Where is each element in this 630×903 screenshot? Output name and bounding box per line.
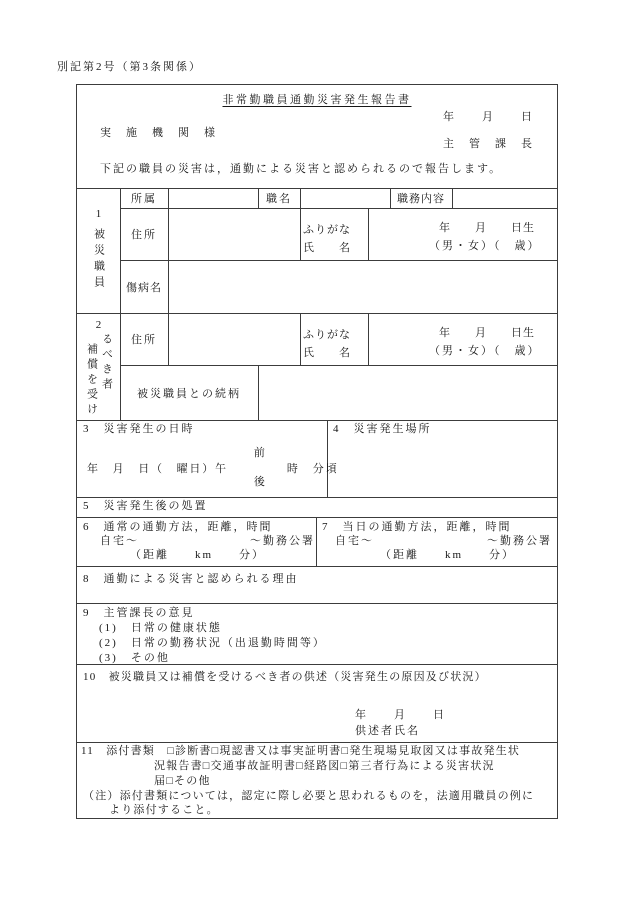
section9-item-3: (3) その他 [99, 652, 170, 665]
grid-line-v [168, 188, 169, 365]
section7-title: 7 当日の通勤方法，距離，時間 [322, 521, 512, 534]
section5-title: 5 災害発生後の処置 [83, 500, 208, 513]
grid-line-h [120, 260, 557, 261]
time-blanks: 時 分頃 [287, 460, 339, 476]
section10-title: 10 被災職員又は補償を受けるべき者の供述（災害発生の原因及び状況） [83, 671, 487, 684]
form-title: 非常勤職員通勤災害発生報告書 [77, 91, 557, 107]
grid-line-h [120, 208, 557, 209]
section10-date-line: 年 月 日 [355, 709, 446, 722]
victim-address-label: 住所 [120, 208, 168, 260]
victim-sex-age-line: （男・女）（ 歳） [429, 240, 541, 253]
relation-label: 被災職員との続柄 [120, 365, 258, 420]
grid-line-v [368, 313, 369, 365]
date-blanks: 年 月 日（ 曜日）午 [87, 460, 228, 476]
section11-note2: より添付すること。 [109, 804, 219, 817]
section7-from: 自宅～ [335, 535, 374, 548]
section9-item-1: (1) 日常の健康状態 [99, 622, 222, 635]
section11-note1: （注）添付書類については，認定に際し必要と思われるものを，法適用職員の例に [83, 790, 534, 803]
section7-to: ～勤務公署 [487, 535, 552, 548]
grid-line-v [368, 208, 369, 260]
victim-birthdate-line: 年 月 日生 [439, 222, 535, 235]
grid-line-h [77, 497, 557, 498]
grid-line-h [77, 420, 557, 421]
grid-line-v [452, 188, 453, 208]
name-label: 氏 名 [303, 344, 351, 362]
beneficiary-address-label: 住所 [120, 313, 168, 365]
section6-to: ～勤務公署 [250, 535, 315, 548]
beneficiary-group-number: 2 [96, 319, 102, 331]
report-date-line: 年 月 日 [443, 111, 534, 124]
pm-label: 後 [254, 477, 265, 488]
beneficiary-birthdate-line: 年 月 日生 [439, 327, 535, 340]
section6-from: 自宅～ [100, 535, 139, 548]
section11-line3: 届□その他 [154, 775, 211, 788]
grid-line-v [316, 517, 317, 566]
furigana-label: ふりがな [303, 326, 351, 344]
section6-distance: （距離 km 分） [130, 549, 265, 562]
section7-distance: （距離 km 分） [380, 549, 515, 562]
am-label: 前 [254, 448, 265, 459]
job-title-label: 職名 [258, 188, 300, 208]
report-form-page: 別記第2号（第3条関係） 非常勤職員通勤災害発生報告書 年 月 日 実 施 機 … [0, 0, 630, 903]
grid-line-v [300, 188, 301, 260]
beneficiary-group-text-col1: 補償を受け [84, 343, 99, 418]
section9-title: 9 主管課長の意見 [83, 607, 195, 620]
declarant-name-label: 供述者氏名 [355, 725, 420, 738]
beneficiary-group-text-col2: るべき者 [99, 333, 114, 418]
section3-title: 3 災害発生の日時 [83, 423, 195, 436]
section6-title: 6 通常の通勤方法，距離，時間 [83, 521, 273, 534]
victim-group-text: 被災職員 [91, 228, 107, 292]
section11-line1: 11 添付書類 □診断書□現認書又は事実証明書□発生現場見取図又は事故発生状 [81, 745, 520, 758]
form-border: 非常勤職員通勤災害発生報告書 年 月 日 実 施 機 関 様 主 管 課 長 下… [76, 84, 558, 819]
victim-group-label: 1 被災職員 [77, 188, 120, 313]
furigana-label: ふりがな [303, 221, 351, 239]
doc-label: 別記第2号（第3条関係） [57, 61, 202, 74]
section8-title: 8 通勤による災害と認められる理由 [83, 573, 299, 586]
grid-line-h [77, 517, 557, 518]
victim-furigana-name-labels: ふりがな 氏 名 [303, 221, 351, 257]
affiliation-label: 所属 [120, 188, 168, 208]
section9-item-2: (2) 日常の勤務状況（出退勤時間等） [99, 637, 326, 650]
section11-line2: 況報告書□交通事故証明書□経路図□第三者行為による災害状況 [154, 760, 495, 773]
grid-line-v [258, 365, 259, 420]
grid-line-h [77, 603, 557, 604]
grid-line-v [300, 313, 301, 365]
beneficiary-furigana-name-labels: ふりがな 氏 名 [303, 326, 351, 362]
duties-label: 職務内容 [390, 188, 452, 208]
section3-date-line: 年 月 日（ 曜日）午 前 後 時 分頃 [87, 447, 339, 489]
name-label: 氏 名 [303, 239, 351, 257]
grid-line-h [77, 742, 557, 743]
section4-title: 4 災害発生場所 [333, 423, 432, 436]
addressee: 実 施 機 関 様 [100, 127, 217, 140]
beneficiary-group-label: 2 補償を受け るべき者 [77, 313, 120, 420]
grid-line-h [77, 566, 557, 567]
injury-label: 傷病名 [120, 260, 168, 313]
signer-title: 主 管 課 長 [443, 138, 534, 151]
victim-group-number: 1 [96, 208, 102, 220]
intro-text: 下記の職員の災害は，通勤による災害と認められるので報告します。 [100, 163, 502, 176]
beneficiary-sex-age-line: （男・女）（ 歳） [429, 345, 541, 358]
am-pm-stack: 前 後 [254, 448, 265, 488]
